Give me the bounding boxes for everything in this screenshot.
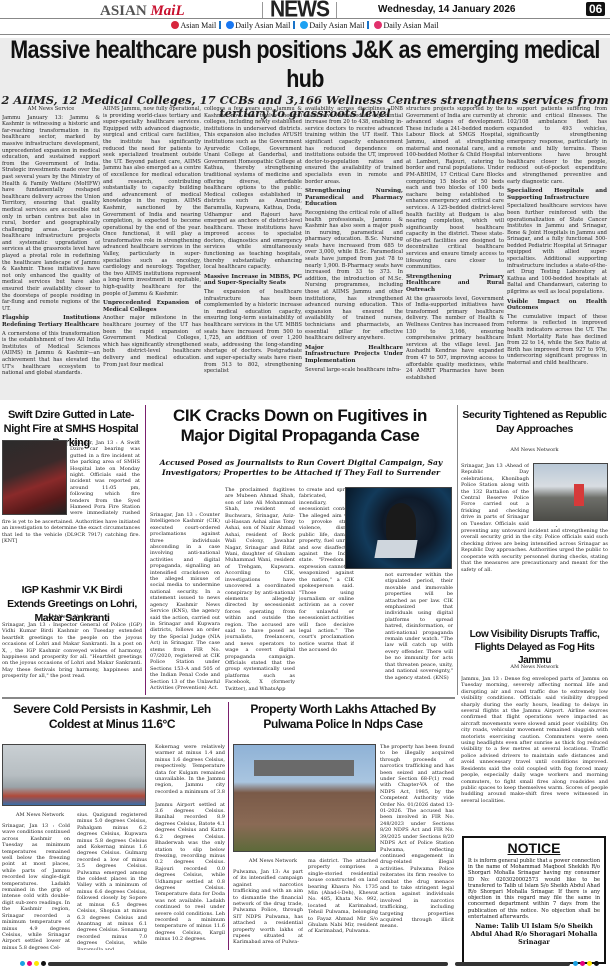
cold-column-2: sius. Qazigund registered minus 5.0 degr…: [77, 812, 147, 950]
lead-column-3: colleges a few years ago, Jammu & Kashmi…: [204, 106, 302, 398]
laptop: [374, 540, 417, 558]
subheading: Unprecedented Expansion of Medical Colle…: [103, 300, 201, 313]
cik-headline: CIK Cracks Down on Fugitives in Major Di…: [150, 406, 450, 446]
fire-body-top: Srinagar, Jan 13 : A Swift Dzire car bea…: [70, 440, 140, 516]
body-text: The cumulative impact of these reforms i…: [507, 314, 607, 367]
issue-date: Wednesday, 14 January 2026: [378, 4, 516, 15]
body-text: colleges a few years ago, Jammu & Kashmi…: [204, 106, 302, 271]
notice-name: Name: Talib Ul Islam S/o Sheikh Abdul Ah…: [468, 922, 600, 946]
subheading: Strengthening Primary Healthcare and Rur…: [406, 274, 504, 294]
body-text: structure projects supported by the Gove…: [406, 106, 504, 271]
byline: AM News Network: [238, 858, 308, 864]
cold-column-3-top: Kokernag were relatively warmer at minus…: [155, 744, 225, 794]
body-text: Another major milestone in the healthcar…: [103, 315, 201, 368]
byline: AM News Network: [461, 664, 608, 670]
registration-mark: [594, 961, 599, 966]
lead-column-6: to support patients suffering from chron…: [507, 106, 607, 398]
notice-body: It is inform general public that a power…: [468, 858, 600, 920]
registration-bar: [455, 962, 570, 966]
registration-bar: [48, 962, 448, 966]
lead-column-2: AIIMS Jammu, now fully operational, is p…: [103, 106, 201, 398]
security-checkpoint-photo: [533, 463, 608, 521]
social-link-facebook[interactable]: Daily Asian Mail: [235, 21, 290, 30]
social-link-youtube[interactable]: Asian Mail: [180, 21, 216, 30]
subheading: Visible Impact on Health Outcomes: [507, 299, 607, 312]
cold-headline: Severe Cold Persists in Kashmir, Leh Col…: [2, 702, 222, 732]
divider: [262, 2, 263, 18]
masthead: ASIAN MaiL NEWS Wednesday, 14 January 20…: [0, 0, 610, 36]
lead-column-4: availability across disciplines. DNB sea…: [305, 106, 403, 398]
body-text: At the grassroots level, Government of I…: [406, 296, 504, 382]
registration-mark: [34, 961, 39, 966]
body-text: to support patients suffering from chron…: [507, 106, 607, 185]
social-link-instagram[interactable]: Daily Asian Mail: [383, 21, 438, 30]
subheading: Flagship Institutions Redefining Tertiar…: [2, 315, 100, 328]
security-body: Srinagar, Jan 13 :Ahead of Republic Day …: [461, 526, 608, 621]
subheading: Specialized Hospitals and Supporting Inf…: [507, 188, 607, 201]
lead-columns: AM News Service Jammu January 13: Jammu …: [0, 106, 610, 398]
cik-column-1: Srinagar, Jan 13 : Counter Intelligence …: [150, 512, 220, 692]
registration-mark: [20, 961, 25, 966]
body-text: Recognising the critical role of allied …: [305, 210, 403, 342]
byline: AM News Service: [2, 106, 100, 113]
lead-headline: Massive healthcare push positions J&K as…: [0, 36, 610, 94]
subheading: Major Healthcare Infrastructure Projects…: [305, 345, 403, 365]
instagram-icon: [374, 21, 382, 29]
divider: [0, 18, 610, 19]
hooded-figure: [386, 503, 416, 543]
shikara-boats-photo: [2, 744, 146, 806]
body-text: The expansion of healthcare infrastructu…: [204, 289, 302, 375]
section-title: NEWS: [270, 0, 329, 23]
person-red-jacket: [574, 484, 584, 506]
lead-column-1: AM News Service Jammu January 13: Jammu …: [2, 106, 100, 398]
social-link-twitter[interactable]: Daily Asian Mail: [309, 21, 364, 30]
fire-body: Srinagar, Jan 13 : A Swift Dzire car bea…: [2, 518, 140, 580]
property-column-1: Pulwama, Jan 13: As part of its intensif…: [233, 869, 303, 950]
column-rule: [228, 702, 229, 950]
divider: [0, 34, 610, 35]
registration-mark: [27, 961, 32, 966]
registration-mark: [580, 961, 585, 966]
cik-column-4: not surrender within the stipulated peri…: [385, 572, 453, 692]
twitter-icon: [300, 21, 308, 29]
roof: [254, 760, 354, 776]
cik-column-2: The proclaimed fugitives are Mubeen Ahma…: [225, 487, 295, 692]
fog-body: Jammu, Jan 13 : Dense fog enveloped part…: [461, 676, 608, 831]
igp-body: Srinagar, Jan 13 : Inspector General of …: [2, 622, 142, 692]
property-column-3: The property has been found to be illega…: [380, 744, 454, 950]
byline: AM News Network: [461, 447, 608, 453]
body-text: availability across disciplines. DNB sea…: [305, 106, 403, 185]
body-text: AIIMS Jammu, now fully operational, is p…: [103, 106, 201, 297]
subheading: Massive Increase in MBBS, PG and Super-S…: [204, 274, 302, 287]
hacker-photo: [345, 487, 452, 569]
divider: [336, 2, 337, 18]
subheading: Strengthening Nursing, Paramedical and P…: [305, 188, 403, 208]
body-text: Several large-scale healthcare infra-: [305, 367, 403, 374]
cold-column-1: Srinagar, Jan 13 : Cold wave conditions …: [2, 823, 70, 950]
fog-headline: Low Visibility Disrupts Traffic, Flights…: [461, 628, 608, 667]
notice-box: NOTICE It is inform general public that …: [462, 836, 606, 964]
registration-mark: [573, 961, 578, 966]
property-column-2: ma district. The attached property compr…: [308, 858, 378, 950]
property-headline: Property Worth Lakhs Attached By Pulwama…: [232, 702, 454, 732]
burnt-car-photo: [2, 440, 67, 515]
security-headline: Security Tightened as Republic Day Appro…: [461, 408, 608, 436]
registration-mark: [41, 961, 46, 966]
house-photo: [233, 744, 376, 852]
column-rule: [145, 405, 146, 695]
body-text: Specialized healthcare services have bee…: [507, 203, 607, 295]
social-bar: Asian Mail Daily Asian Mail Daily Asian …: [0, 21, 610, 30]
facebook-icon: [226, 21, 234, 29]
lead-column-5: structure projects supported by the Gove…: [406, 106, 504, 398]
body-text: A cornerstone of this transformation is …: [2, 331, 100, 377]
registration-mark: [587, 961, 592, 966]
section-rule: [2, 697, 455, 699]
page-number: 06: [586, 2, 605, 16]
cold-column-3: Kokernag were relatively warmer at minus…: [155, 800, 225, 950]
column-rule: [457, 405, 458, 695]
notice-title: NOTICE: [468, 840, 600, 856]
byline: AM News Network: [2, 614, 142, 620]
cik-subhead: Accused Posed as Journalists to Run Cove…: [150, 458, 452, 478]
youtube-icon: [171, 21, 179, 29]
body-text: Jammu January 13: Jammu & Kashmir is wit…: [2, 115, 100, 313]
byline: AM News Network: [10, 812, 70, 818]
security-body-top: Srinagar, Jan 13 :Ahead of Republic Day …: [461, 463, 529, 525]
